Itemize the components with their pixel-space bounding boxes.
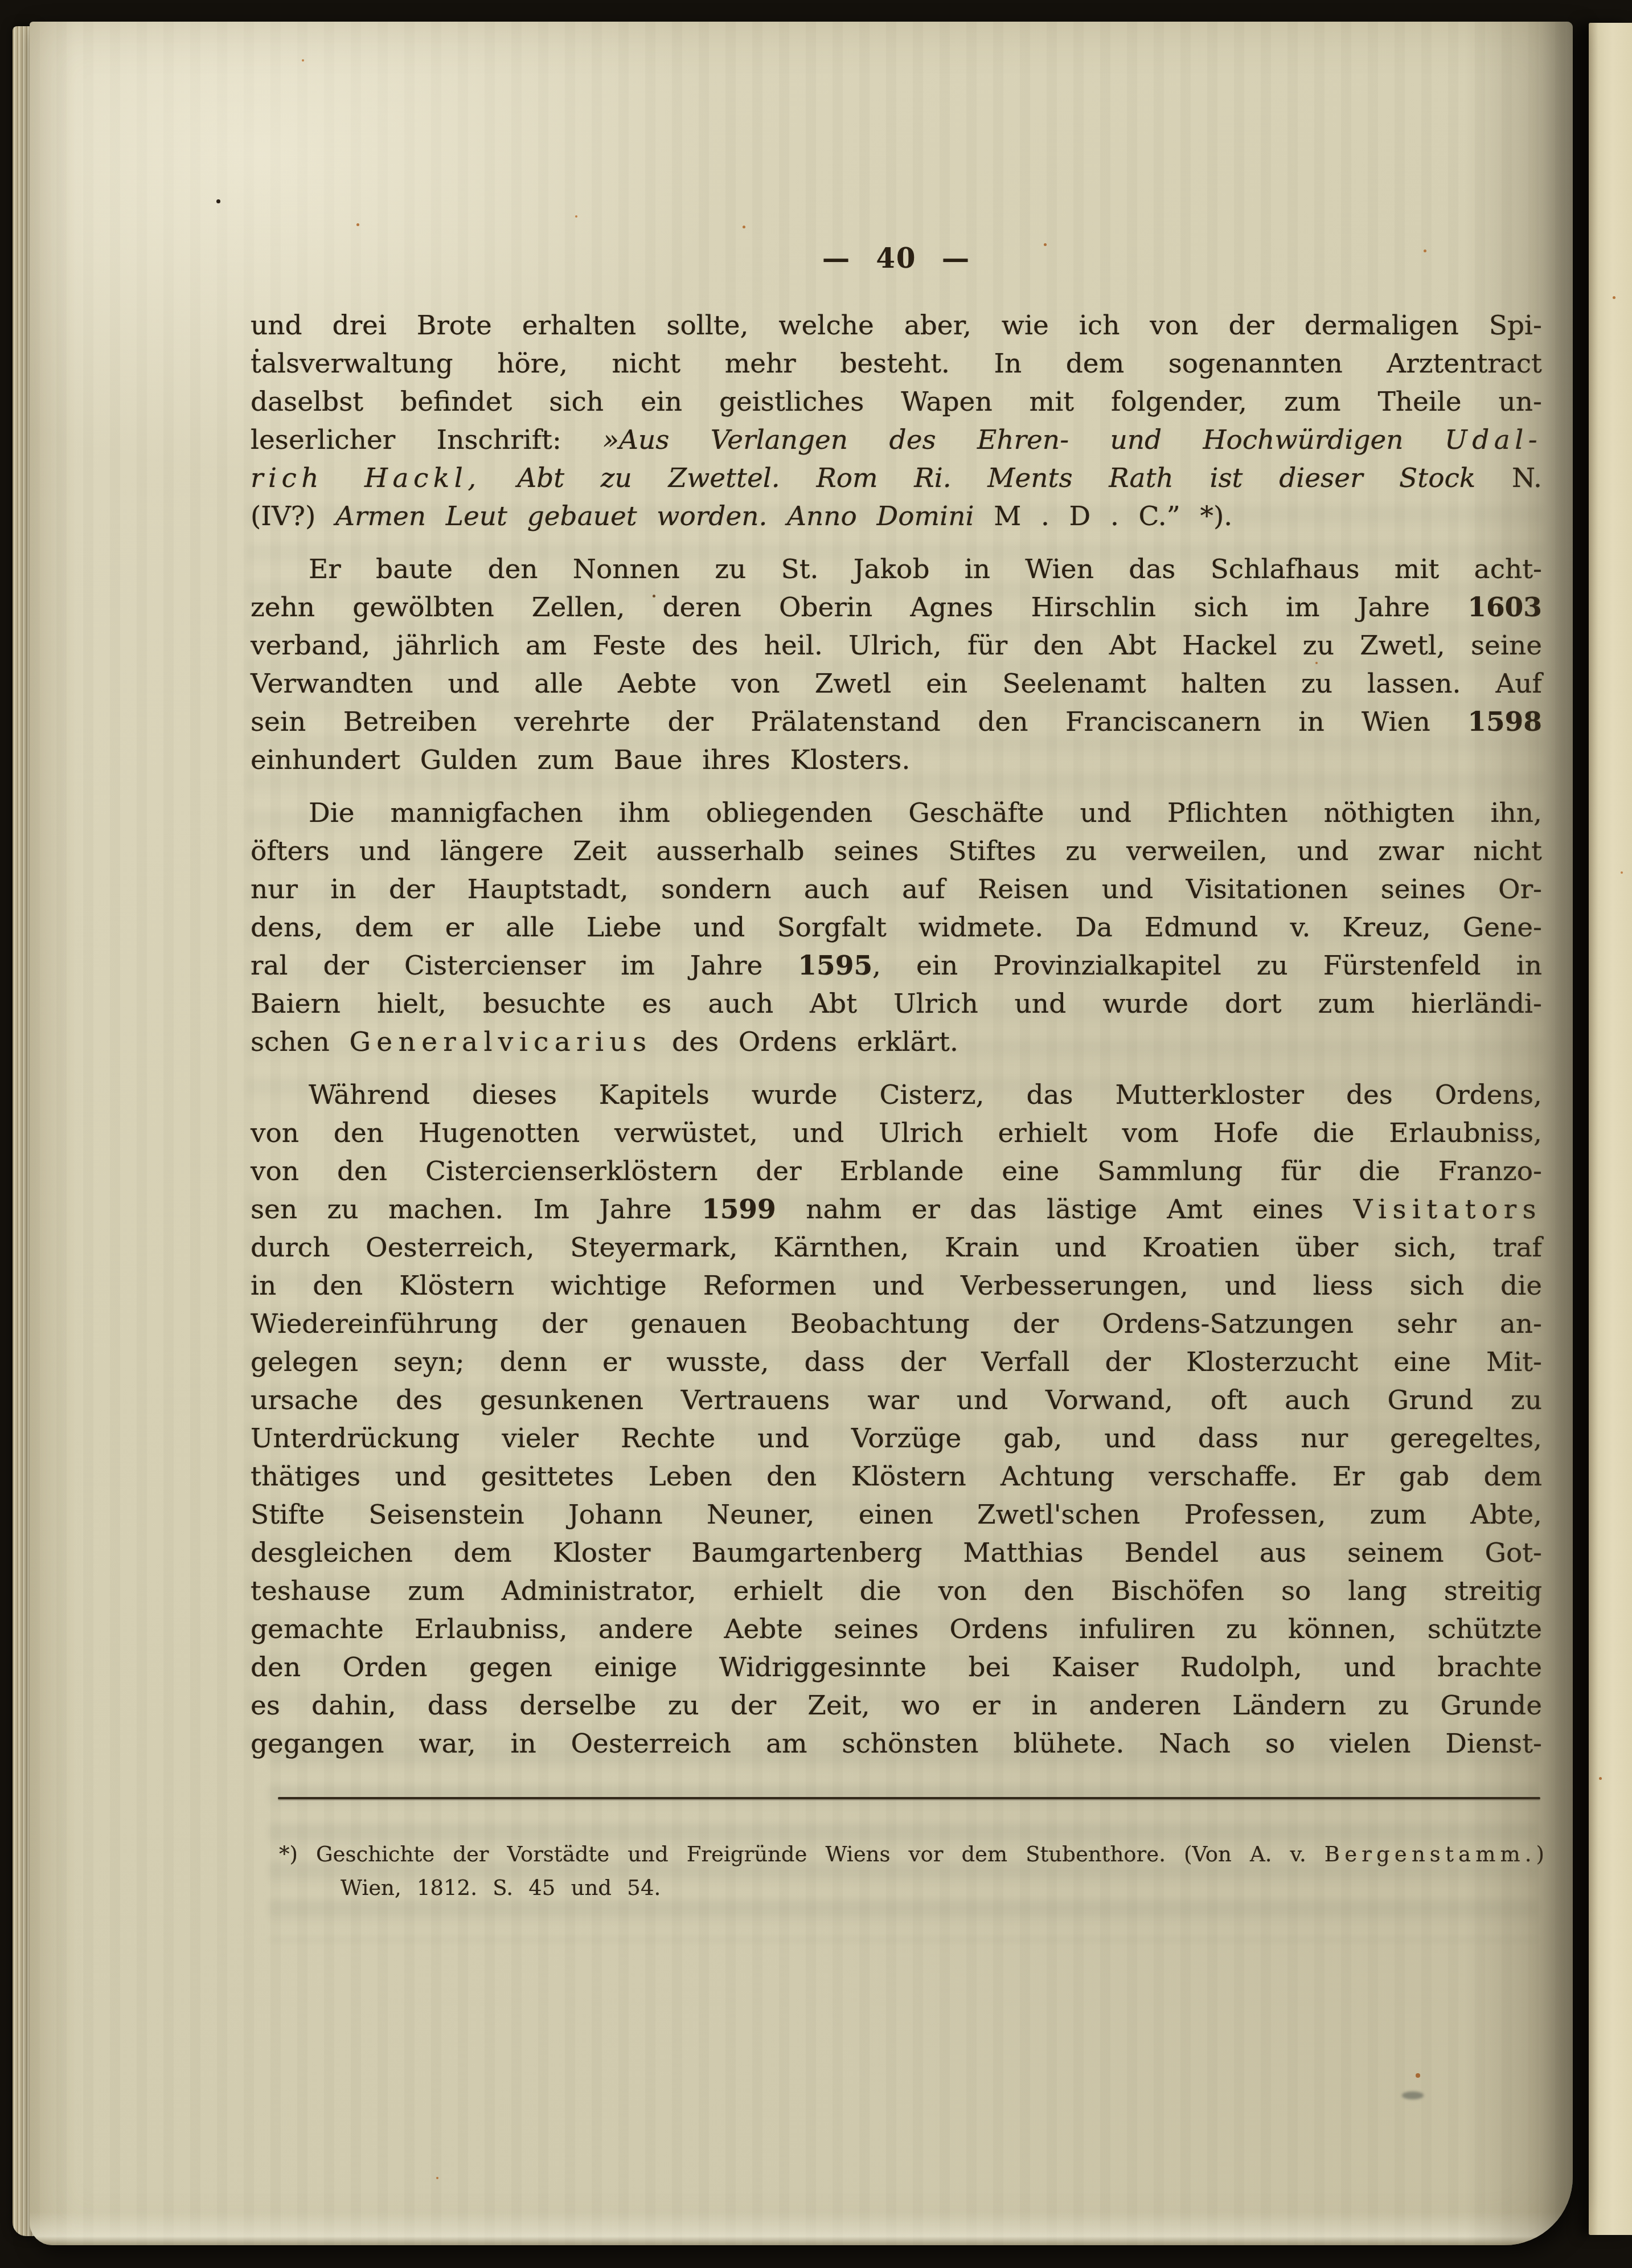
text-segment: (IV?)	[251, 501, 335, 532]
text-segment: Visitators	[1354, 1194, 1542, 1225]
next-page-edge	[1589, 23, 1632, 2235]
text-segment: Er baute den Nonnen zu St. Jakob in Wien…	[309, 554, 1542, 585]
paragraph: Während dieses Kapitels wurde Cisterz, d…	[251, 1076, 1542, 1763]
text-segment: leserlicher Inschrift:	[251, 424, 602, 456]
text-segment: 1603	[1467, 592, 1542, 623]
text-line: dens, dem er alle Liebe und Sorgfalt wid…	[251, 908, 1542, 947]
text-segment: dens, dem er alle Liebe und Sorgfalt wid…	[251, 912, 1542, 943]
text-segment: ral der Cistercienser im Jahre	[251, 950, 798, 981]
text-line: daselbst befindet sich ein geistliches W…	[251, 383, 1542, 421]
book-scan: — 40 — und drei Brote erhalten sollte, w…	[0, 0, 1632, 2268]
text-segment	[481, 462, 518, 494]
foxing-spot	[436, 2177, 438, 2179]
text-segment: nahm er das lästige Amt eines	[776, 1194, 1354, 1225]
text-line: schen Generalvicarius des Ordens erklärt…	[251, 1023, 1542, 1061]
text-line: es dahin, dass derselbe zu der Zeit, wo …	[251, 1686, 1542, 1725]
page-number-header: — 40 —	[251, 243, 1542, 275]
text-segment: thätiges und gesittetes Leben den Klöste…	[251, 1461, 1542, 1492]
foxing-spot	[302, 59, 304, 62]
text-segment: von den Hugenotten verwüstet, und Ulrich…	[251, 1117, 1542, 1149]
text-segment: Udal-	[1445, 424, 1542, 456]
text-line: nur in der Hauptstadt, sondern auch auf …	[251, 870, 1542, 908]
paragraph: und drei Brote erhalten sollte, welche a…	[251, 306, 1542, 535]
text-segment: Verwandten und alle Aebte von Zwetl ein …	[251, 668, 1542, 699]
foxing-spot	[1044, 243, 1047, 246]
foxing-spot	[743, 226, 745, 228]
text-segment: Die mannigfachen ihm obliegenden Geschäf…	[309, 797, 1542, 829]
text-segment: Wien, 1812. S. 45 und 54.	[341, 1876, 661, 1900]
text-line: talsverwaltung höre, nicht mehr besteht.…	[251, 345, 1542, 383]
book-page: — 40 — und drei Brote erhalten sollte, w…	[30, 22, 1573, 2245]
text-segment: , ein Provinzialkapitel zu Fürstenfeld i…	[872, 950, 1542, 981]
text-segment: und drei Brote erhalten sollte, welche a…	[251, 310, 1542, 341]
text-segment: von den Cistercienserklöstern der Erblan…	[251, 1156, 1542, 1187]
text-line: *) Geschichte der Vorstädte und Freigrün…	[279, 1837, 1544, 1871]
text-line: gelegen seyn; denn er wusste, dass der V…	[251, 1343, 1542, 1381]
text-segment: *) Geschichte der Vorstädte und Freigrün…	[279, 1842, 1325, 1866]
paper-smudge	[1402, 2091, 1424, 2099]
text-segment: )	[1536, 1842, 1544, 1866]
text-segment: »Aus Verlangen des Ehren- und Hochwürdig…	[602, 424, 1445, 456]
text-segment: Stifte Seisenstein Johann Neuner, einen …	[251, 1499, 1542, 1530]
foxing-spot	[1613, 296, 1615, 299]
text-segment: ursache des gesunkenen Vertrauens war un…	[251, 1385, 1542, 1416]
text-line: gemachte Erlaubniss, andere Aebte seines…	[251, 1610, 1542, 1648]
text-line: in den Klöstern wichtige Reformen und Ve…	[251, 1267, 1542, 1305]
text-segment: Unterdrückung vieler Rechte und Vorzüge …	[251, 1423, 1542, 1454]
text-line: ursache des gesunkenen Vertrauens war un…	[251, 1381, 1542, 1419]
footnote-text: *) Geschichte der Vorstädte und Freigrün…	[279, 1837, 1544, 1905]
text-line: verband, jährlich am Feste des heil. Ulr…	[251, 627, 1542, 665]
text-segment: Bergenstamm.	[1325, 1842, 1536, 1866]
foxing-spot	[653, 595, 655, 597]
text-line: ral der Cistercienser im Jahre 1595, ein…	[251, 947, 1542, 985]
text-segment: verband, jährlich am Feste des heil. Ulr…	[251, 630, 1542, 661]
text-line: desgleichen dem Kloster Baumgartenberg M…	[251, 1534, 1542, 1572]
text-segment: einhundert Gulden zum Baue ihres Kloster…	[251, 744, 910, 776]
text-line: Unterdrückung vieler Rechte und Vorzüge …	[251, 1419, 1542, 1458]
foxing-spot	[1424, 249, 1426, 252]
text-segment: sen zu machen. Im Jahre	[251, 1194, 702, 1225]
text-line: von den Cistercienserklöstern der Erblan…	[251, 1152, 1542, 1190]
text-segment: gegangen war, in Oesterreich am schönste…	[251, 1728, 1542, 1759]
text-line: Wiedereinführung der genauen Beobachtung…	[251, 1305, 1542, 1343]
text-line: rich Hackl, Abt zu Zwettel. Rom Ri. Ment…	[251, 459, 1542, 497]
text-segment: in den Klöstern wichtige Reformen und Ve…	[251, 1270, 1542, 1301]
body-text: und drei Brote erhalten sollte, welche a…	[251, 306, 1542, 1763]
text-line: Baiern hielt, besuchte es auch Abt Ulric…	[251, 985, 1542, 1023]
text-line: Verwandten und alle Aebte von Zwetl ein …	[251, 665, 1542, 703]
text-line: Die mannigfachen ihm obliegenden Geschäf…	[251, 794, 1542, 832]
foxing-spot	[1416, 2073, 1420, 2078]
text-line: und drei Brote erhalten sollte, welche a…	[251, 306, 1542, 345]
paragraph: Die mannigfachen ihm obliegenden Geschäf…	[251, 794, 1542, 1061]
text-segment: durch Oesterreich, Steyermark, Kärnthen,…	[251, 1232, 1542, 1263]
text-segment: Während dieses Kapitels wurde Cisterz, d…	[309, 1079, 1542, 1111]
text-segment: gelegen seyn; denn er wusste, dass der V…	[251, 1346, 1542, 1378]
text-segment: es dahin, dass derselbe zu der Zeit, wo …	[251, 1690, 1542, 1721]
text-segment: talsverwaltung höre, nicht mehr besteht.…	[251, 348, 1542, 379]
text-segment: Abt zu Zwettel. Rom Ri. Ments Rath ist d…	[517, 462, 1512, 494]
text-segment: 1599	[702, 1194, 776, 1225]
text-segment: 1595	[798, 950, 872, 981]
text-line: Stifte Seisenstein Johann Neuner, einen …	[251, 1496, 1542, 1534]
foxing-spot	[1621, 871, 1623, 874]
text-segment: schen	[251, 1026, 349, 1058]
foxing-spot	[356, 223, 359, 226]
text-line: Während dieses Kapitels wurde Cisterz, d…	[251, 1076, 1542, 1114]
text-line: teshause zum Administrator, erhielt die …	[251, 1572, 1542, 1610]
paragraph: Er baute den Nonnen zu St. Jakob in Wien…	[251, 550, 1542, 779]
text-line: einhundert Gulden zum Baue ihres Kloster…	[251, 741, 1542, 779]
text-segment: Baiern hielt, besuchte es auch Abt Ulric…	[251, 988, 1542, 1020]
footnote-divider	[278, 1797, 1540, 1799]
text-line: gegangen war, in Oesterreich am schönste…	[251, 1725, 1542, 1763]
text-line: von den Hugenotten verwüstet, und Ulrich…	[251, 1114, 1542, 1152]
text-line: sen zu machen. Im Jahre 1599 nahm er das…	[251, 1190, 1542, 1229]
text-segment: den Orden gegen einige Widriggesinnte be…	[251, 1652, 1542, 1683]
ink-speck	[216, 199, 220, 203]
text-line: Wien, 1812. S. 45 und 54.	[279, 1871, 1544, 1905]
text-line: den Orden gegen einige Widriggesinnte be…	[251, 1648, 1542, 1686]
text-segment: rich Hackl,	[251, 462, 481, 494]
text-line: öfters und längere Zeit ausserhalb seine…	[251, 832, 1542, 870]
text-line: zehn gewölbten Zellen, deren Oberin Agne…	[251, 588, 1542, 627]
text-segment: öfters und längere Zeit ausserhalb seine…	[251, 836, 1542, 867]
text-segment: desgleichen dem Kloster Baumgartenberg M…	[251, 1537, 1542, 1569]
text-segment: nur in der Hauptstadt, sondern auch auf …	[251, 874, 1542, 905]
text-segment: daselbst befindet sich ein geistliches W…	[251, 386, 1542, 417]
text-segment: zehn gewölbten Zellen, deren Oberin Agne…	[251, 592, 1467, 623]
text-line: (IV?) Armen Leut gebauet worden. Anno Do…	[251, 497, 1542, 535]
text-segment: N.	[1512, 462, 1542, 494]
text-line: durch Oesterreich, Steyermark, Kärnthen,…	[251, 1229, 1542, 1267]
text-segment: gemachte Erlaubniss, andere Aebte seines…	[251, 1614, 1542, 1645]
text-segment: Generalvicarius	[349, 1026, 652, 1058]
text-segment: M . D . C.” *).	[994, 501, 1232, 532]
ink-speck	[255, 349, 259, 352]
text-segment: 1598	[1467, 706, 1542, 738]
text-segment: teshause zum Administrator, erhielt die …	[251, 1575, 1542, 1607]
foxing-spot	[1599, 1777, 1602, 1780]
text-line: Er baute den Nonnen zu St. Jakob in Wien…	[251, 550, 1542, 588]
text-segment: Armen Leut gebauet worden. Anno Domini	[335, 501, 994, 532]
text-line: leserlicher Inschrift: »Aus Verlangen de…	[251, 421, 1542, 459]
foxing-spot	[575, 215, 577, 218]
text-line: thätiges und gesittetes Leben den Klöste…	[251, 1458, 1542, 1496]
text-segment: sein Betreiben verehrte der Prälatenstan…	[251, 706, 1467, 738]
foxing-spot	[1315, 662, 1318, 664]
text-segment: des Ordens erklärt.	[652, 1026, 958, 1058]
text-segment: Wiedereinführung der genauen Beobachtung…	[251, 1308, 1542, 1340]
text-line: sein Betreiben verehrte der Prälatenstan…	[251, 703, 1542, 741]
